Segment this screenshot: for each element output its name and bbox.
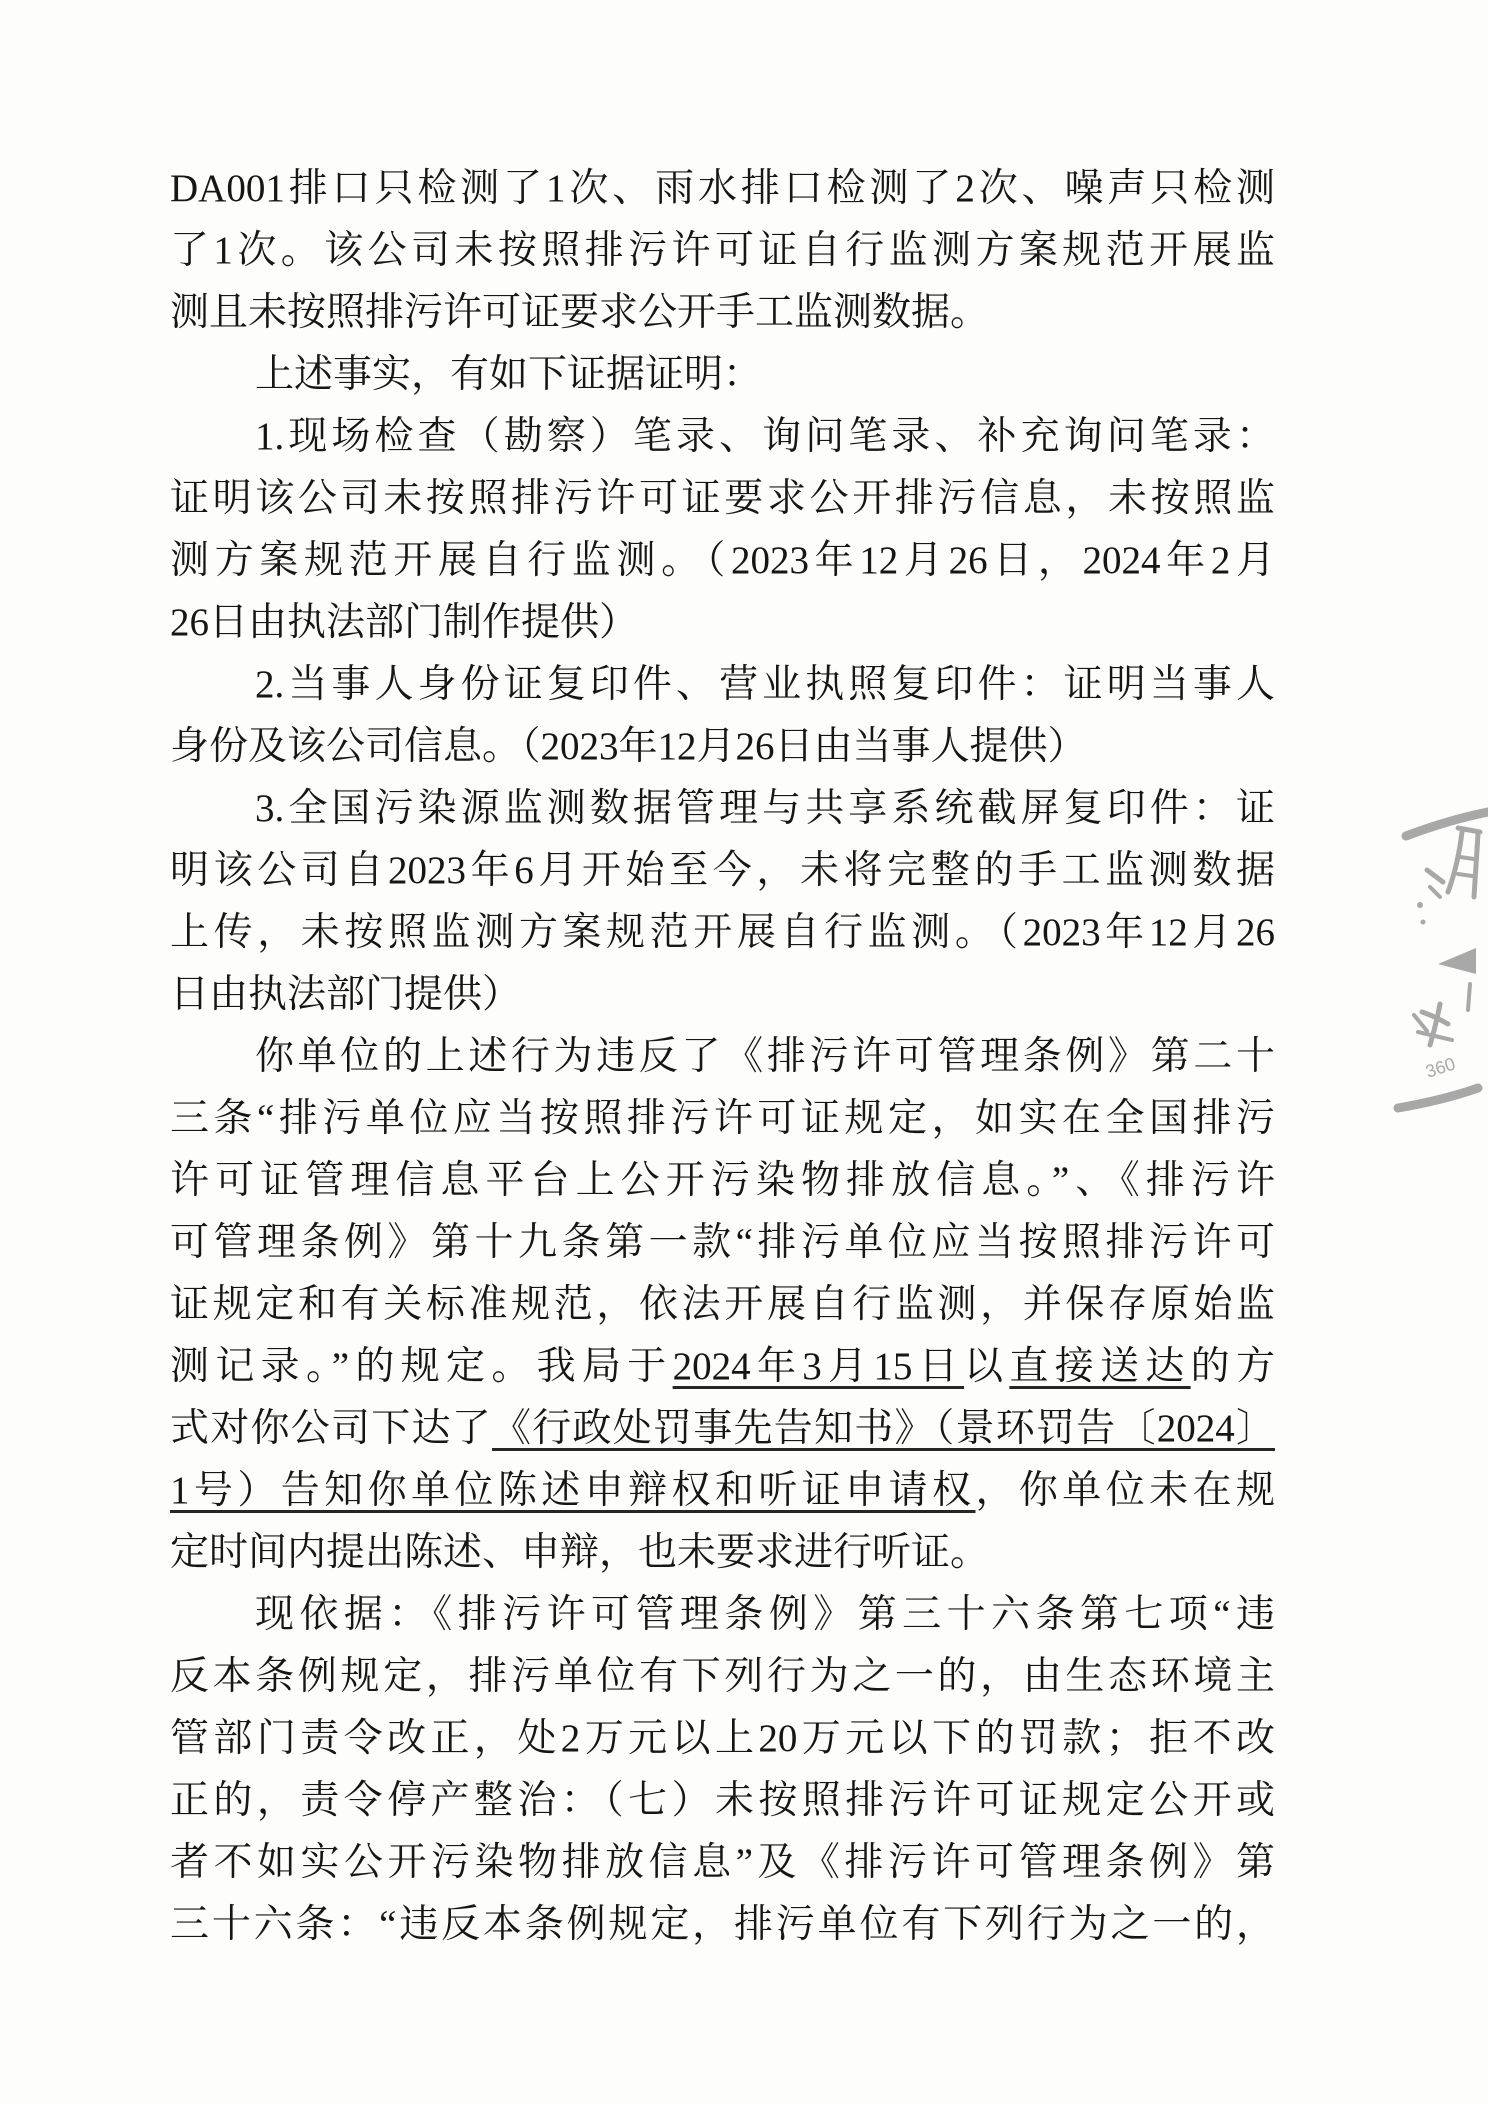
text-run: 了1次。该公司未按照排污许可证自行监测方案规范开展监 — [170, 229, 1275, 272]
stamp-number-and-arc: 360 — [1398, 1053, 1478, 1108]
text-run: 上述事实，有如下证据证明： — [255, 353, 762, 396]
text-line: 测方案规范开展自行监测。（2023年12月26日，2024年2月 — [170, 530, 1275, 592]
text-line: 证明该公司未按照排污许可证要求公开排污信息，未按照监 — [170, 468, 1275, 530]
stamp-triangle-mark — [1438, 948, 1476, 1010]
text-line: 1.现场检查（勘察）笔录、询问笔录、补充询问笔录： — [170, 406, 1275, 468]
text-line: 可管理条例》第十九条第一款“排污单位应当按照排污许可 — [170, 1212, 1275, 1274]
stamp-digits: 360 — [1423, 1053, 1458, 1081]
document-body: DA001排口只检测了1次、雨水排口检测了2次、噪声只检测了1次。该公司未按照排… — [170, 158, 1275, 1956]
text-line: 测记录。”的规定。我局于2024年3月15日以直接送达的方 — [170, 1336, 1275, 1398]
text-run: 许可证管理信息平台上公开污染物排放信息。”、《排污许 — [170, 1159, 1275, 1202]
text-line: 2.当事人身份证复印件、营业执照复印件：证明当事人 — [170, 654, 1275, 716]
text-run: 测且未按照排污许可证要求公开手工监测数据。 — [170, 291, 989, 334]
text-line: DA001排口只检测了1次、雨水排口检测了2次、噪声只检测 — [170, 158, 1275, 220]
text-run: 证明该公司未按照排污许可证要求公开排污信息，未按照监 — [170, 477, 1275, 520]
text-line: 上传，未按照监测方案规范开展自行监测。（2023年12月26 — [170, 902, 1275, 964]
text-line: 身份及该公司信息。（2023年12月26日由当事人提供） — [170, 716, 1275, 778]
text-run: 者不如实公开污染物排放信息”及《排污许可管理条例》第 — [170, 1841, 1275, 1884]
text-line: 3.全国污染源监测数据管理与共享系统截屏复印件：证 — [170, 778, 1275, 840]
underlined-text-run: 2024年3月15日 — [673, 1345, 964, 1388]
text-run: 明该公司自2023年6月开始至今，未将完整的手工监测数据 — [170, 849, 1275, 892]
text-run: 测方案规范开展自行监测。（2023年12月26日，2024年2月 — [170, 539, 1275, 582]
scanned-document-page: DA001排口只检测了1次、雨水排口检测了2次、噪声只检测了1次。该公司未按照排… — [0, 0, 1488, 2104]
text-line: 你单位的上述行为违反了《排污许可管理条例》第二十 — [170, 1026, 1275, 1088]
text-run: 定时间内提出陈述、申辩，也未要求进行听证。 — [170, 1531, 989, 1574]
text-line: 日由执法部门提供） — [170, 964, 1275, 1026]
text-line: 明该公司自2023年6月开始至今，未将完整的手工监测数据 — [170, 840, 1275, 902]
text-run: 26日由执法部门制作提供） — [170, 601, 638, 644]
text-line: 三条“排污单位应当按照排污许可证规定，如实在全国排污 — [170, 1088, 1275, 1150]
handwriting-stroke-swoosh — [1406, 812, 1488, 836]
text-line: 现依据：《排污许可管理条例》第三十六条第七项“违 — [170, 1584, 1275, 1646]
text-run: 式对你公司下达了 — [170, 1407, 492, 1450]
text-line: 者不如实公开污染物排放信息”及《排污许可管理条例》第 — [170, 1832, 1275, 1894]
text-run: 正的，责令停产整治：（七）未按照排污许可证规定公开或 — [170, 1779, 1275, 1822]
text-run: 1.现场检查（勘察）笔录、询问笔录、补充询问笔录： — [255, 415, 1275, 458]
text-line: 上述事实，有如下证据证明： — [170, 344, 1275, 406]
text-line: 许可证管理信息平台上公开污染物排放信息。”、《排污许 — [170, 1150, 1275, 1212]
text-run: 上传，未按照监测方案规范开展自行监测。（2023年12月26 — [170, 911, 1275, 954]
text-run: 三条“排污单位应当按照排污许可证规定，如实在全国排污 — [170, 1097, 1275, 1140]
text-run: 2.当事人身份证复印件、营业执照复印件：证明当事人 — [255, 663, 1275, 706]
text-run: DA001排口只检测了1次、雨水排口检测了2次、噪声只检测 — [170, 167, 1275, 210]
text-line: 了1次。该公司未按照排污许可证自行监测方案规范开展监 — [170, 220, 1275, 282]
text-line: 式对你公司下达了《行政处罚事先告知书》（景环罚告〔2024〕 — [170, 1398, 1275, 1460]
text-run: 测记录。”的规定。我局于 — [170, 1345, 673, 1388]
text-run: 三十六条：“违反本条例规定，排污单位有下列行为之一的， — [170, 1903, 1275, 1946]
underlined-text-run: 《行政处罚事先告知书》（景环罚告〔2024〕 — [492, 1407, 1275, 1450]
text-line: 证规定和有关标准规范，依法开展自行监测，并保存原始监 — [170, 1274, 1275, 1336]
text-run: 以 — [964, 1345, 1009, 1388]
text-line: 定时间内提出陈述、申辩，也未要求进行听证。 — [170, 1522, 1275, 1584]
text-run: ，你单位未在规 — [975, 1469, 1275, 1512]
text-run: 你单位的上述行为违反了《排污许可管理条例》第二十 — [255, 1035, 1275, 1078]
text-line: 1号）告知你单位陈述申辩权和听证申请权，你单位未在规 — [170, 1460, 1275, 1522]
text-line: 管部门责令改正，处2万元以上20万元以下的罚款；拒不改 — [170, 1708, 1275, 1770]
handwriting-partial-character — [1417, 828, 1480, 925]
text-run: 可管理条例》第十九条第一款“排污单位应当按照排污许可 — [170, 1221, 1275, 1264]
text-line: 测且未按照排污许可证要求公开手工监测数据。 — [170, 282, 1275, 344]
text-run: 身份及该公司信息。（2023年12月26日由当事人提供） — [170, 725, 1087, 768]
underlined-text-run: 1号）告知你单位陈述申辩权和听证申请权 — [170, 1469, 975, 1512]
text-line: 三十六条：“违反本条例规定，排污单位有下列行为之一的， — [170, 1894, 1275, 1956]
text-run: 3.全国污染源监测数据管理与共享系统截屏复印件：证 — [255, 787, 1275, 830]
text-run: 反本条例规定，排污单位有下列行为之一的，由生态环境主 — [170, 1655, 1275, 1698]
text-run: 现依据：《排污许可管理条例》第三十六条第七项“违 — [255, 1593, 1275, 1636]
pen-stamp-artifact: 360 — [1358, 770, 1488, 1140]
underlined-text-run: 直接送达 — [1009, 1345, 1190, 1388]
text-line: 26日由执法部门制作提供） — [170, 592, 1275, 654]
handwriting-scribble — [1414, 1004, 1452, 1045]
text-run: 管部门责令改正，处2万元以上20万元以下的罚款；拒不改 — [170, 1717, 1275, 1760]
text-line: 正的，责令停产整治：（七）未按照排污许可证规定公开或 — [170, 1770, 1275, 1832]
text-run: 日由执法部门提供） — [170, 973, 521, 1016]
text-run: 的方 — [1191, 1345, 1275, 1388]
text-line: 反本条例规定，排污单位有下列行为之一的，由生态环境主 — [170, 1646, 1275, 1708]
text-run: 证规定和有关标准规范，依法开展自行监测，并保存原始监 — [170, 1283, 1275, 1326]
